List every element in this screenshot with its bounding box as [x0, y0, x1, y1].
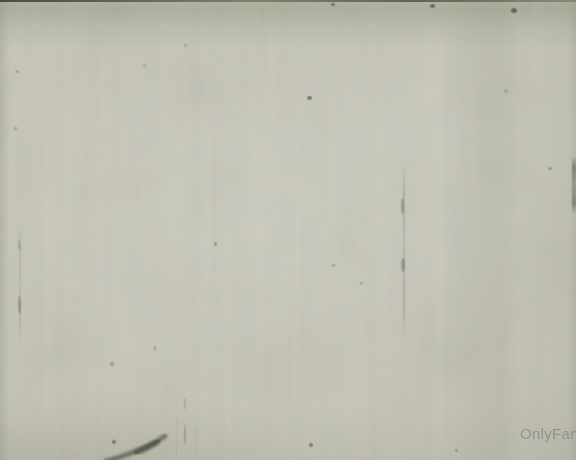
film-scratch — [19, 226, 21, 344]
dust-speck — [14, 127, 17, 130]
film-scratch — [176, 412, 177, 460]
dust-speck — [309, 443, 313, 447]
film-smudge — [0, 0, 576, 460]
dust-speck — [143, 64, 146, 67]
film-frame-edge-line — [0, 0, 576, 2]
dust-speck — [16, 70, 19, 73]
dust-speck — [548, 167, 552, 170]
dust-speck — [184, 398, 186, 410]
dust-speck — [360, 282, 363, 285]
dust-speck — [511, 8, 517, 13]
onlyfans-watermark: OnlyFans — [520, 426, 576, 443]
dust-speck — [154, 346, 156, 351]
film-scratch — [403, 162, 405, 337]
film-grain-texture — [0, 0, 576, 460]
dust-speck — [184, 425, 186, 445]
dust-speck — [332, 264, 335, 267]
dust-speck — [307, 96, 312, 100]
film-scratch — [572, 156, 576, 214]
dust-speck — [112, 440, 116, 444]
dust-speck — [504, 89, 508, 93]
dust-speck — [214, 242, 217, 246]
smudge-stroke-dark — [136, 441, 158, 453]
dust-speck — [110, 362, 114, 366]
film-frame: OnlyFans — [0, 0, 576, 460]
dust-speck — [455, 449, 458, 452]
dust-speck — [430, 4, 435, 8]
film-scratch — [196, 425, 197, 460]
film-top-tint — [0, 0, 576, 48]
dust-speck — [184, 44, 187, 47]
dust-speck — [331, 3, 335, 6]
